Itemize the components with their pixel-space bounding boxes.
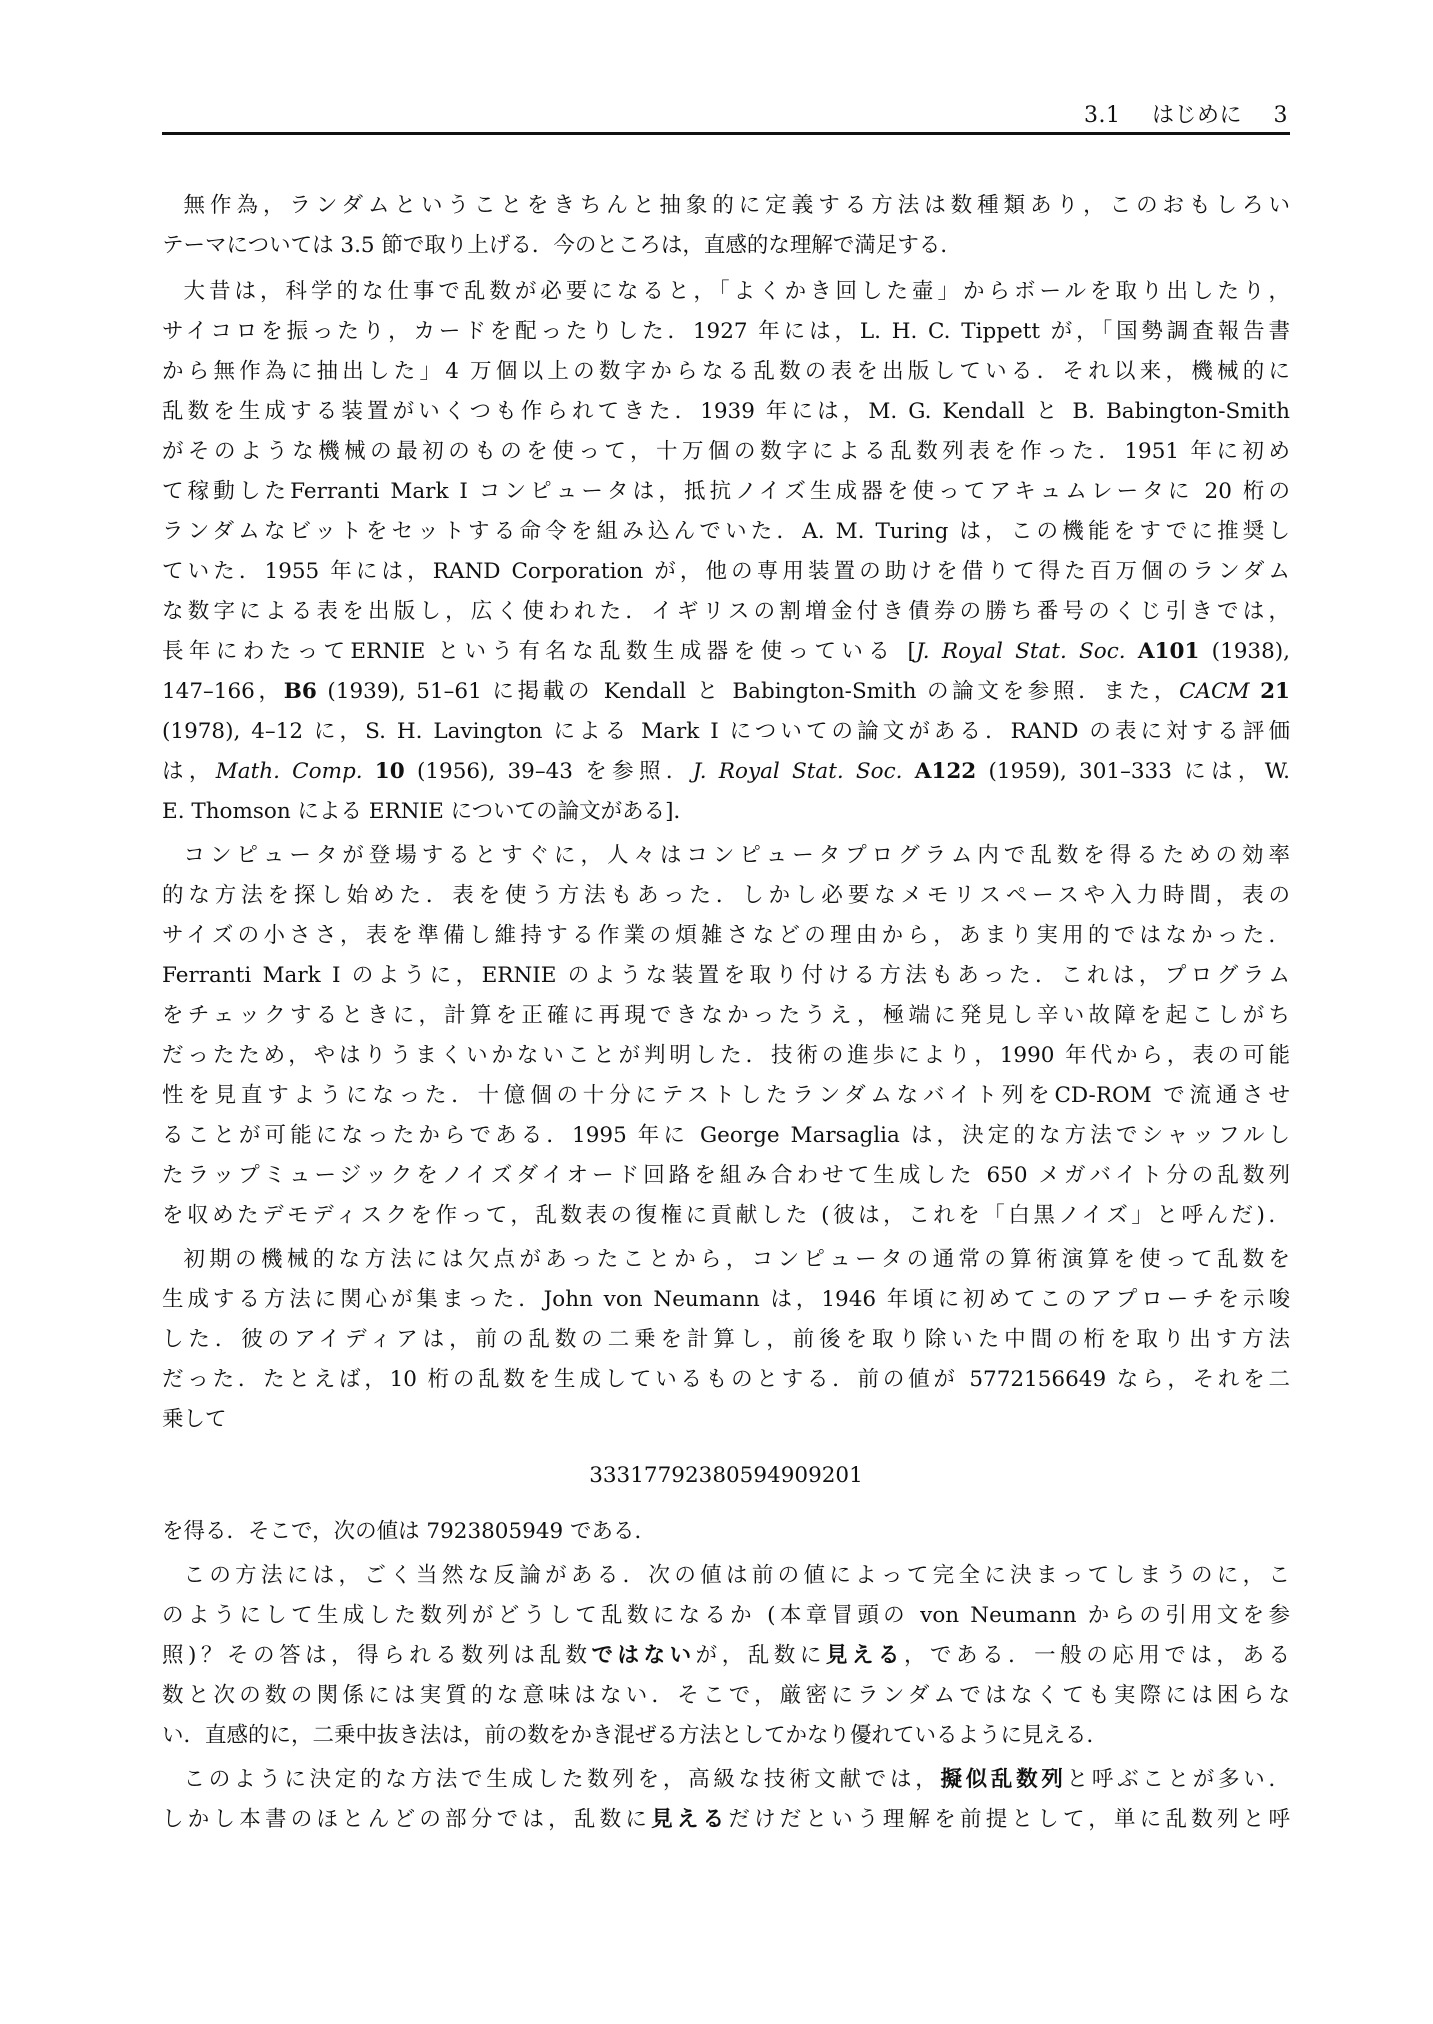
header-right: 3.1 はじめに 3 — [1060, 98, 1288, 129]
text-line: て稼動したFerranti Mark I コンピュータは，抵抗ノイズ生成器を使っ… — [162, 472, 1290, 512]
section-title: はじめに — [1152, 103, 1242, 128]
text-line: このように決定的な方法で生成した数列を，高級な技術文献では，擬似乱数列と呼ぶこと… — [162, 1760, 1290, 1800]
text-line: 生成する方法に関心が集まった．John von Neumann は，1946 年… — [162, 1280, 1290, 1320]
text-line: をチェックするときに，計算を正確に再現できなかったうえ，極端に発見し辛い故障を起… — [162, 996, 1290, 1036]
text-line: ることが可能になったからである．1995 年に George Marsaglia… — [162, 1116, 1290, 1156]
text-line: な数字による表を出版し，広く使われた．イギリスの割増金付き債券の勝ち番号のくじ引… — [162, 592, 1290, 632]
citation-line: E. Thomson による ERNIE についての論文がある]． — [162, 792, 1290, 832]
text-line: 初期の機械的な方法には欠点があったことから，コンピュータの通常の算術演算を使って… — [162, 1240, 1290, 1280]
term-pseudorandom: 擬似乱数列 — [940, 1767, 1066, 1792]
text-line: 数と次の数の関係には実質的な意味はない．そこで，厳密にランダムではなくても実際に… — [162, 1676, 1290, 1716]
text-line: 乱数を生成する装置がいくつも作られてきた．1939 年には，M. G. Kend… — [162, 392, 1290, 432]
section-number: 3.1 — [1084, 103, 1121, 128]
page-body: 無作為，ランダムということをきちんと抽象的に定義する方法は数種類あり，このおもし… — [162, 186, 1290, 1844]
text-line: この方法には，ごく当然な反論がある．次の値は前の値によって完全に決まってしまうの… — [162, 1556, 1290, 1596]
text-line: ていた．1955 年には，RAND Corporation が，他の専用装置の助… — [162, 552, 1290, 592]
text-line: コンピュータが登場するとすぐに，人々はコンピュータプログラム内で乱数を得るための… — [162, 836, 1290, 876]
emphasis: ではない — [592, 1643, 696, 1668]
emphasis: 見える — [651, 1807, 728, 1832]
text-line: 大昔は，科学的な仕事で乱数が必要になると，「よくかき回した壷」からボールを取り出… — [162, 272, 1290, 312]
text-line: 乗して — [162, 1400, 1290, 1440]
paragraph-5: この方法には，ごく当然な反論がある．次の値は前の値によって完全に決まってしまうの… — [162, 1556, 1290, 1756]
text-line: サイコロを振ったり，カードを配ったりした．1927 年には，L. H. C. T… — [162, 312, 1290, 352]
paragraph-4: 初期の機械的な方法には欠点があったことから，コンピュータの通常の算術演算を使って… — [162, 1240, 1290, 1440]
paragraph-3: コンピュータが登場するとすぐに，人々はコンピュータプログラム内で乱数を得るための… — [162, 836, 1290, 1236]
citation-line: は，Math. Comp. 10 (1956), 39–43 を参照．J. Ro… — [162, 752, 1290, 792]
text-line: サイズの小ささ，表を準備し維持する作業の煩雑さなどの理由から，あまり実用的ではな… — [162, 916, 1290, 956]
citation-line: 147–166，B6 (1939), 51–61 に掲載の Kendall と … — [162, 672, 1290, 712]
emphasis: 見える — [826, 1643, 904, 1668]
page-number: 3 — [1274, 103, 1289, 128]
text-line: を得る．そこで，次の値は 7923805949 である． — [162, 1512, 1290, 1552]
text-line: ランダムなビットをセットする命令を組み込んでいた．A. M. Turing は，… — [162, 512, 1290, 552]
text-line: だった．たとえば，10 桁の乱数を生成しているものとする．前の値が 577215… — [162, 1360, 1290, 1400]
display-equation: 33317792380594909201 — [162, 1456, 1290, 1496]
text-line: を収めたデモディスクを作って，乱数表の復権に貢献した (彼は，これを「白黒ノイズ… — [162, 1196, 1290, 1236]
text-line: たラップミュージックをノイズダイオード回路を組み合わせて生成した 650 メガバ… — [162, 1156, 1290, 1196]
text-line: だったため，やはりうまくいかないことが判明した．技術の進歩により，1990 年代… — [162, 1036, 1290, 1076]
text-line: のようにして生成した数列がどうして乱数になるか (本章冒頭の von Neuma… — [162, 1596, 1290, 1636]
text-line: した．彼のアイディアは，前の乱数の二乗を計算し，前後を取り除いた中間の桁を取り出… — [162, 1320, 1290, 1360]
text-line: Ferranti Mark I のように，ERNIE のような装置を取り付ける方… — [162, 956, 1290, 996]
text-line: がそのような機械の最初のものを使って，十万個の数字による乱数列表を作った．195… — [162, 432, 1290, 472]
text-line: しかし本書のほとんどの部分では，乱数に見えるだけだという理解を前提として，単に乱… — [162, 1800, 1290, 1840]
text-line: い．直感的に，二乗中抜き法は，前の数をかき混ぜる方法としてかなり優れているように… — [162, 1716, 1290, 1756]
text-line: から無作為に抽出した」4 万個以上の数字からなる乱数の表を出版している．それ以来… — [162, 352, 1290, 392]
running-header: 3.1 はじめに 3 — [162, 98, 1290, 135]
text-line: 的な方法を探し始めた．表を使う方法もあった．しかし必要なメモリスペースや入力時間… — [162, 876, 1290, 916]
text-line: 性を見直すようになった．十億個の十分にテストしたランダムなバイト列をCD-ROM… — [162, 1076, 1290, 1116]
paragraph-1: 無作為，ランダムということをきちんと抽象的に定義する方法は数種類あり，このおもし… — [162, 186, 1290, 266]
paragraph-continuation: を得る．そこで，次の値は 7923805949 である． — [162, 1512, 1290, 1552]
paragraph-2: 大昔は，科学的な仕事で乱数が必要になると，「よくかき回した壷」からボールを取り出… — [162, 272, 1290, 832]
citation-line: 長年にわたってERNIE という有名な乱数生成器を使っている [J. Royal… — [162, 632, 1290, 672]
text-line: 無作為，ランダムということをきちんと抽象的に定義する方法は数種類あり，このおもし… — [162, 186, 1290, 226]
text-line: 照)？その答は，得られる数列は乱数ではないが，乱数に見える，である．一般の応用で… — [162, 1636, 1290, 1676]
citation-line: (1978), 4–12 に，S. H. Lavington による Mark … — [162, 712, 1290, 752]
paragraph-6: このように決定的な方法で生成した数列を，高級な技術文献では，擬似乱数列と呼ぶこと… — [162, 1760, 1290, 1840]
text-line: テーマについては 3.5 節で取り上げる．今のところは，直感的な理解で満足する． — [162, 226, 1290, 266]
